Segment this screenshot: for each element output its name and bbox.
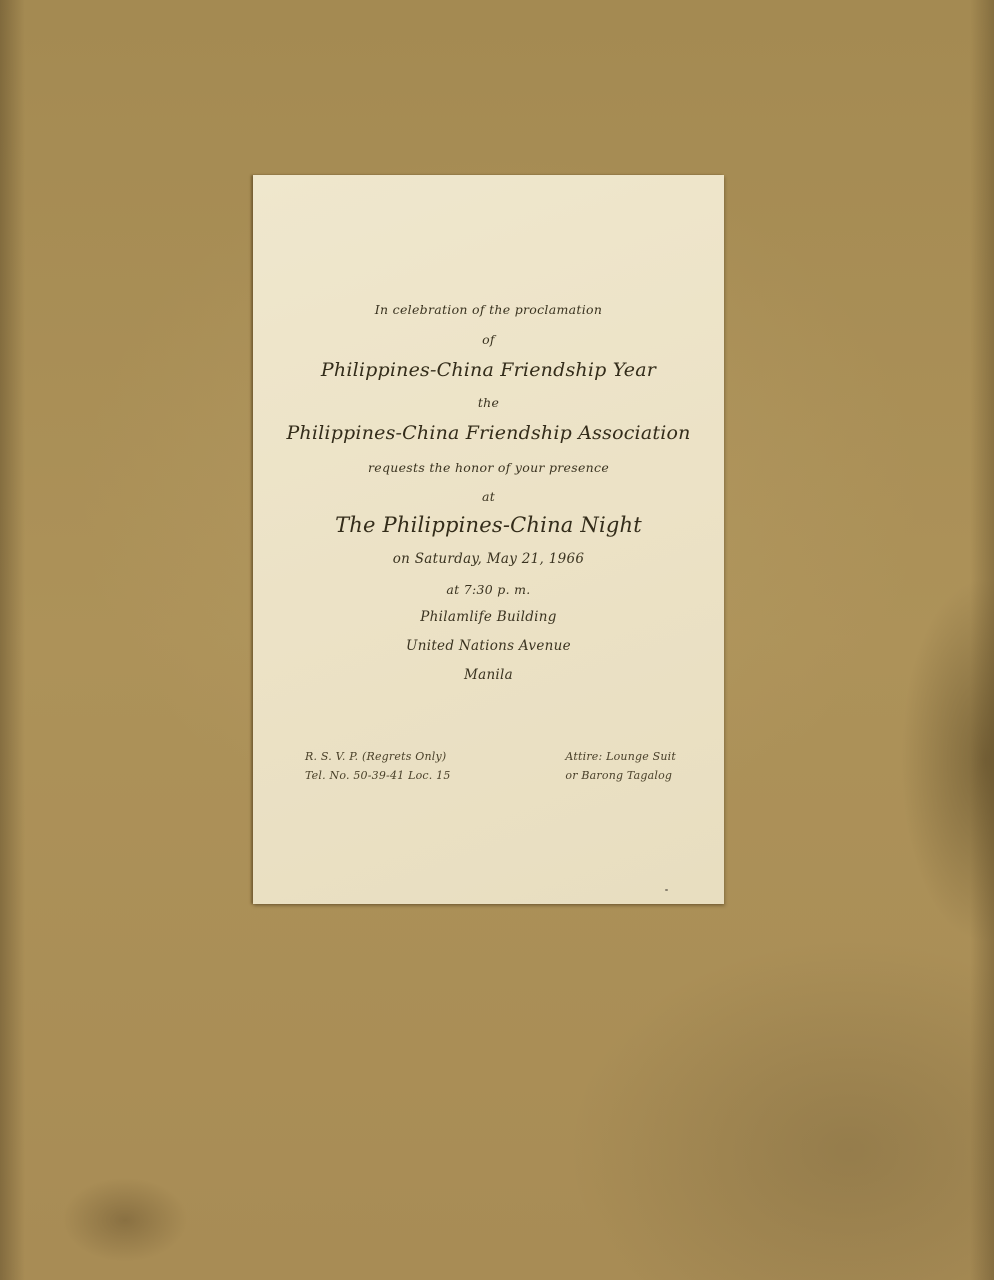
invitation-card: In celebration of the proclamation of Ph… (253, 175, 724, 904)
rsvp-block: R. S. V. P. (Regrets Only) Tel. No. 50-3… (305, 747, 451, 785)
occasion-title: Philippines-China Friendship Year (253, 359, 724, 381)
attire-line: Attire: Lounge Suit (565, 747, 676, 766)
event-date: on Saturday, May 21, 1966 (253, 551, 724, 567)
venue-city: Manila (253, 667, 724, 683)
request-line: requests the honor of your presence (253, 460, 724, 475)
attire-block: Attire: Lounge Suit or Barong Tagalog (565, 747, 676, 785)
the-line: the (253, 395, 724, 410)
venue-street: United Nations Avenue (253, 638, 724, 654)
event-time: at 7:30 p. m. (253, 582, 724, 597)
rsvp-line: R. S. V. P. (Regrets Only) (305, 747, 451, 766)
of-line: of (253, 332, 724, 347)
card-speck (665, 889, 668, 891)
phone-line: Tel. No. 50-39-41 Loc. 15 (305, 766, 451, 785)
at-line: at (253, 489, 724, 504)
attire-alt-line: or Barong Tagalog (565, 766, 676, 785)
host-organization: Philippines-China Friendship Association (253, 422, 724, 444)
venue-name: Philamlife Building (253, 609, 724, 625)
intro-line: In celebration of the proclamation (253, 302, 724, 317)
event-title: The Philippines-China Night (253, 513, 724, 537)
